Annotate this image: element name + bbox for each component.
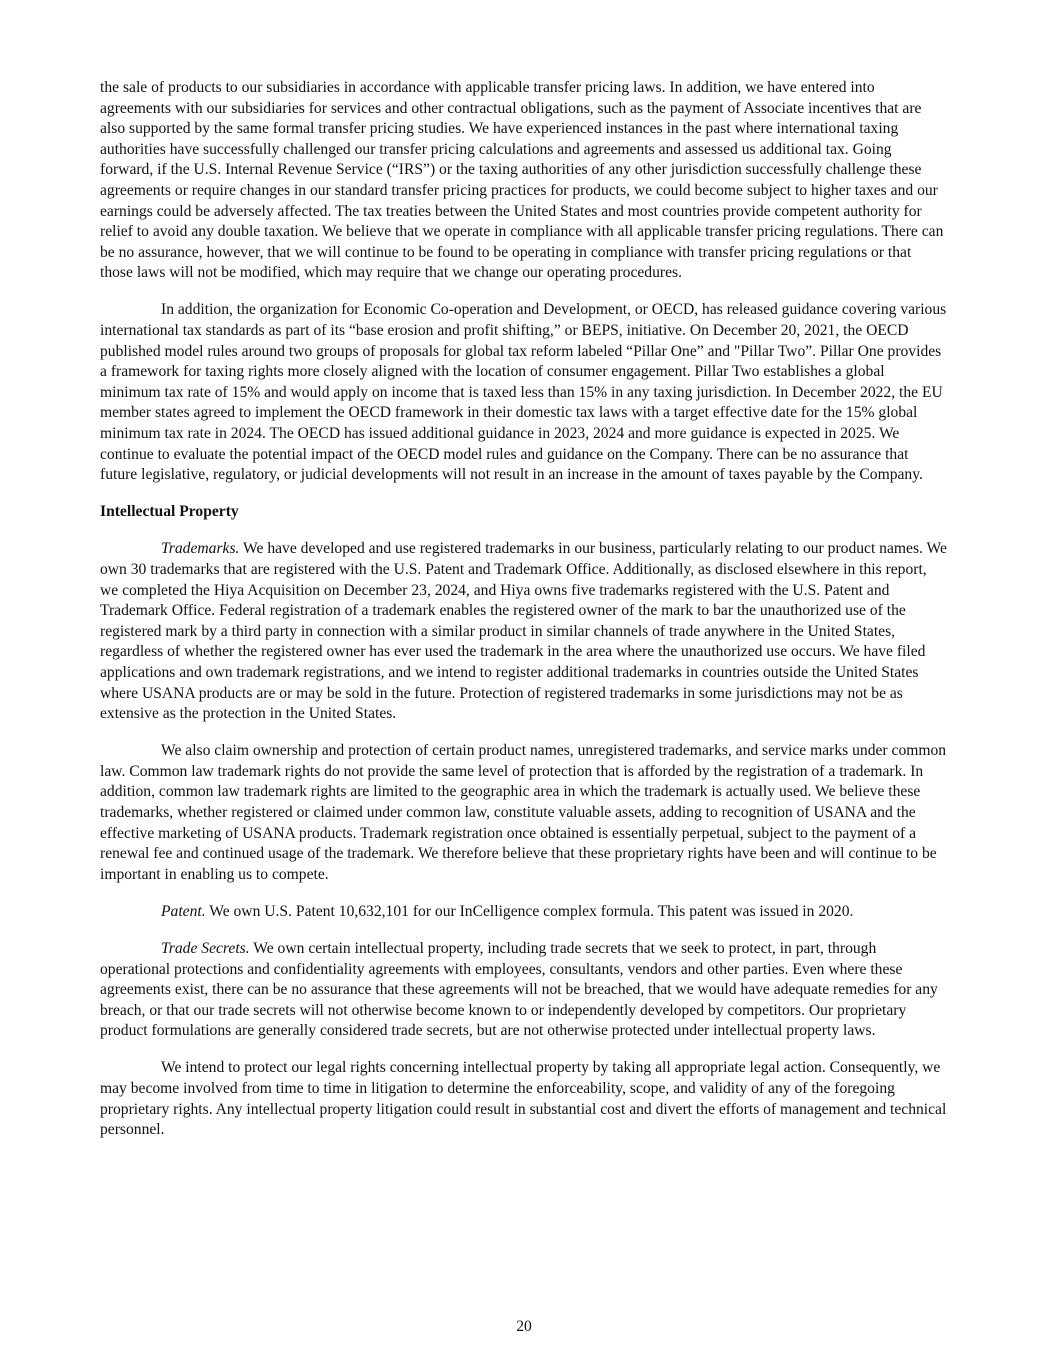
trademarks-paragraph: Trademarks. We have developed and use re… [100, 539, 948, 724]
common-law-paragraph: We also claim ownership and protection o… [100, 741, 948, 885]
patent-body: We own U.S. Patent 10,632,101 for our In… [206, 903, 854, 920]
oecd-paragraph: In addition, the organization for Econom… [100, 300, 948, 485]
section-heading-intellectual-property: Intellectual Property [100, 502, 948, 523]
trademarks-lead: Trademarks. [161, 540, 239, 557]
trademarks-body: We have developed and use registered tra… [100, 540, 947, 722]
page-number: 20 [0, 1318, 1048, 1336]
trade-secrets-paragraph: Trade Secrets. We own certain intellectu… [100, 939, 948, 1042]
document-page: the sale of products to our subsidiaries… [100, 78, 948, 1157]
patent-lead: Patent. [161, 903, 206, 920]
patent-paragraph: Patent. We own U.S. Patent 10,632,101 fo… [100, 902, 948, 923]
trade-secrets-lead: Trade Secrets. [161, 940, 250, 957]
legal-action-paragraph: We intend to protect our legal rights co… [100, 1058, 948, 1140]
transfer-pricing-paragraph: the sale of products to our subsidiaries… [100, 78, 948, 284]
